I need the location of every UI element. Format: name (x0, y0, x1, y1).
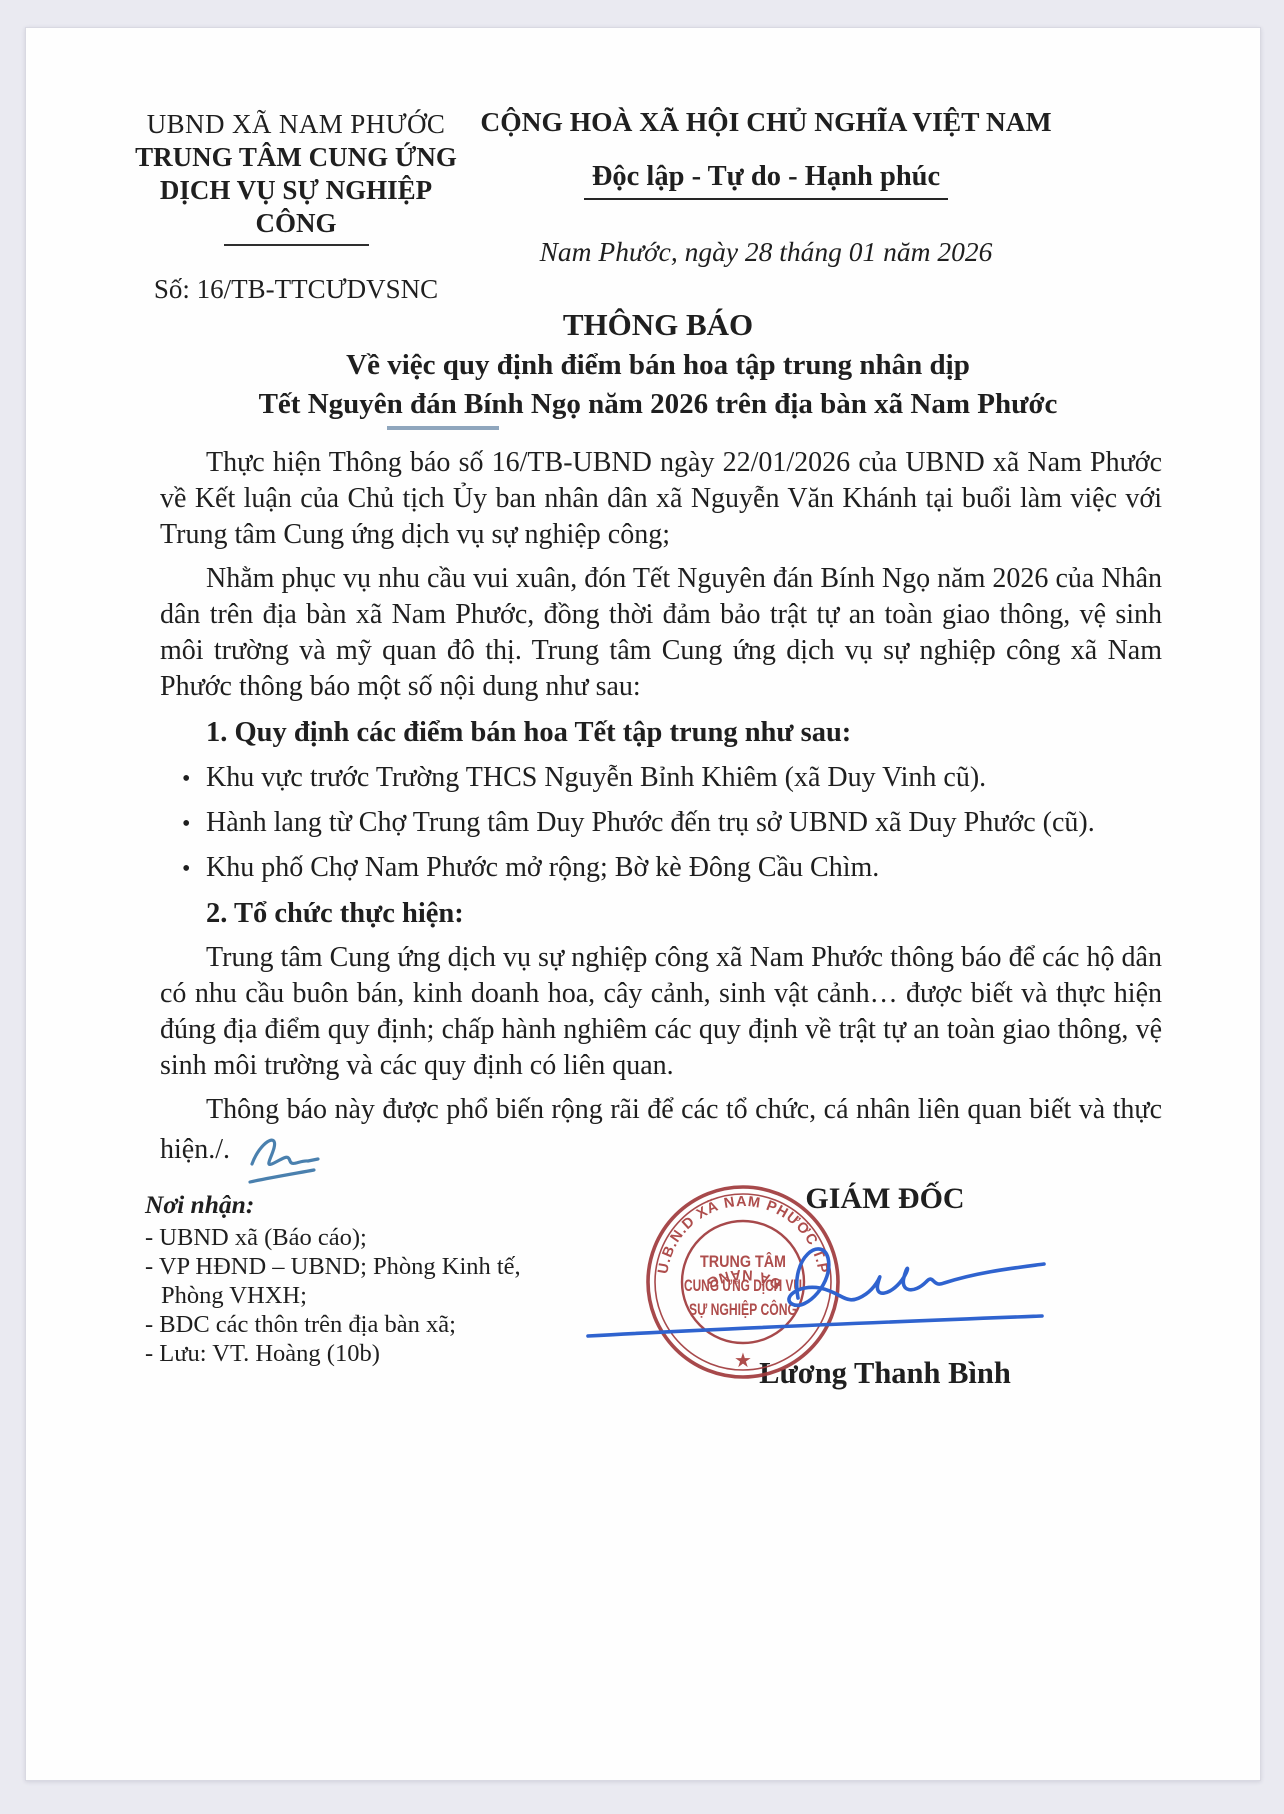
document-scan-background: { "header_left": { "line1": "UBND XÃ NAM… (0, 0, 1284, 1814)
national-header-block: CỘNG HOÀ XÃ HỘI CHỦ NGHĨA VIỆT NAM Độc l… (466, 105, 1066, 268)
document-type-title: THÔNG BÁO (157, 306, 1159, 344)
section-1-heading: 1. Quy định các điểm bán hoa Tết tập tru… (160, 715, 1162, 751)
recipients-label: Nơi nhận: (145, 1190, 521, 1219)
issuing-agency-block: UBND XÃ NAM PHƯỚC TRUNG TÂM CUNG ỨNG DỊC… (131, 108, 461, 306)
recipient-line: - BDC các thôn trên địa bàn xã; (145, 1310, 521, 1339)
agency-name-line1: TRUNG TÂM CUNG ỨNG (131, 141, 461, 174)
recipients-block: Nơi nhận: - UBND xã (Báo cáo); - VP HĐND… (145, 1190, 521, 1368)
document-page: UBND XÃ NAM PHƯỚC TRUNG TÂM CUNG ỨNG DỊC… (25, 27, 1261, 1781)
agency-underline (224, 244, 369, 246)
parent-agency-name: UBND XÃ NAM PHƯỚC (131, 108, 461, 141)
national-motto-line2: Độc lập - Tự do - Hạnh phúc (584, 161, 948, 200)
recipient-line: Phòng VHXH; (145, 1281, 521, 1310)
title-separator-line (387, 426, 499, 430)
document-title-block: THÔNG BÁO Về việc quy định điểm bán hoa … (157, 306, 1159, 430)
document-number: Số: 16/TB-TTCƯDVSNC (131, 273, 461, 306)
recipient-line: - VP HĐND – UBND; Phòng Kinh tế, (145, 1252, 521, 1281)
list-item: Khu phố Chợ Nam Phước mở rộng; Bờ kè Đôn… (206, 850, 1162, 886)
recipient-line: - Lưu: VT. Hoàng (10b) (145, 1339, 521, 1368)
paragraph-basis-1: Thực hiện Thông báo số 16/TB-UBND ngày 2… (160, 445, 1162, 553)
document-subject-line2: Tết Nguyên đán Bính Ngọ năm 2026 trên đị… (157, 387, 1159, 422)
handwritten-signature (558, 1228, 1068, 1358)
recipient-line: - UBND xã (Báo cáo); (145, 1223, 521, 1252)
paragraph-implementation: Trung tâm Cung ứng dịch vụ sự nghiệp côn… (160, 940, 1162, 1084)
section-2-heading: 2. Tổ chức thực hiện: (160, 896, 1162, 932)
place-and-date: Nam Phước, ngày 28 tháng 01 năm 2026 (466, 236, 1066, 268)
flower-sale-locations-list: Khu vực trước Trường THCS Nguyễn Bỉnh Kh… (160, 760, 1162, 886)
document-subject-line1: Về việc quy định điểm bán hoa tập trung … (157, 348, 1159, 383)
paragraph-basis-2: Nhằm phục vụ nhu cầu vui xuân, đón Tết N… (160, 561, 1162, 705)
agency-name-line2: DỊCH VỤ SỰ NGHIỆP CÔNG (131, 174, 461, 240)
list-item: Hành lang từ Chợ Trung tâm Duy Phước đến… (206, 805, 1162, 841)
handwritten-initial-mark (244, 1128, 324, 1188)
list-item: Khu vực trước Trường THCS Nguyễn Bỉnh Kh… (206, 760, 1162, 796)
document-body: Thực hiện Thông báo số 16/TB-UBND ngày 2… (160, 445, 1162, 1196)
national-motto-line1: CỘNG HOÀ XÃ HỘI CHỦ NGHĨA VIỆT NAM (466, 105, 1066, 139)
